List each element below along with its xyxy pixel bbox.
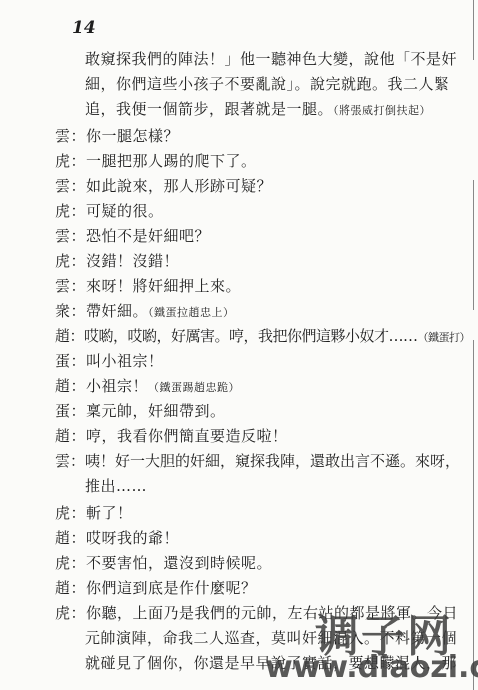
dialogue-line: 虎：你聽，上面乃是我們的元帥，左右站的都是將軍。今日	[55, 602, 458, 623]
text-line: 追，我便一個箭步，跟著就是一腿。（將張威打倒扶起）	[85, 98, 431, 119]
page-edge-line	[473, 180, 474, 310]
page-number: 14	[72, 18, 96, 38]
text-line: 細，你們這些小孩子不要亂說」。說完就跑。我二人緊	[85, 73, 450, 94]
dialogue-line: 趙：你們這到底是作什麼呢？	[55, 577, 257, 598]
dialogue-line: 趙：哎喲，哎喲，好厲害。哼，我把你們這夥小奴才……（鐵蛋打）	[55, 325, 470, 346]
text-line: 元帥演陣，命我二人巡查，莫叫奸細混入。不料第一個	[85, 627, 457, 648]
dialogue-line: 虎：不要害怕，還沒到時候呢。	[55, 552, 272, 573]
stage-direction: （鐵蛋踢趙忠跪）	[148, 381, 240, 394]
dialogue-line: 趙：哼，我看你們簡直要造反啦！	[55, 425, 288, 446]
dialogue-line: 衆：帶奸細。（鐵蛋拉趙忠上）	[55, 300, 235, 321]
dialogue-line: 蛋：稟元帥，奸細帶到。	[55, 400, 226, 421]
stage-direction: （鐵蛋拉趙忠上）	[148, 306, 235, 319]
dialogue-line: 雲：咦！好一大胆的奸細，窺探我陣，還敢出言不遜。來呀，	[55, 450, 460, 471]
text-line: 敢窺探我們的陣法！」他一聽神色大變，說他「不是奸	[85, 48, 457, 69]
dialogue-line: 虎：一腿把那人踢的爬下了。	[55, 150, 257, 171]
page-edge-line	[473, 340, 474, 690]
dialogue-line: 趙：小祖宗！（鐵蛋踢趙忠跪）	[55, 375, 240, 396]
stage-direction: （將張威打倒扶起）	[333, 104, 431, 117]
dialogue-line: 雲：你一腿怎樣？	[55, 125, 179, 146]
dialogue-line: 雲：恐怕不是奸細吧？	[55, 225, 210, 246]
dialogue-line: 雲：來呀！將奸細押上來。	[55, 275, 241, 296]
text-line: 推出……	[85, 475, 147, 496]
dialogue-line: 虎：沒錯！沒錯！	[55, 250, 179, 271]
dialogue-line: 蛋：叫小祖宗！	[55, 350, 164, 371]
text-line: 就碰見了個你，你還是早早說了實話，要想矇混人，那	[85, 652, 457, 673]
dialogue-line: 雲：如此說來，那人形跡可疑？	[55, 175, 272, 196]
dialogue-line: 虎：可疑的很。	[55, 200, 164, 221]
dialogue-line: 虎：斬了！	[55, 502, 133, 523]
dialogue-line: 趙：哎呀我的爺！	[55, 527, 179, 548]
stage-direction: （鐵蛋打）	[418, 331, 471, 344]
page-edge-line	[473, 0, 474, 60]
